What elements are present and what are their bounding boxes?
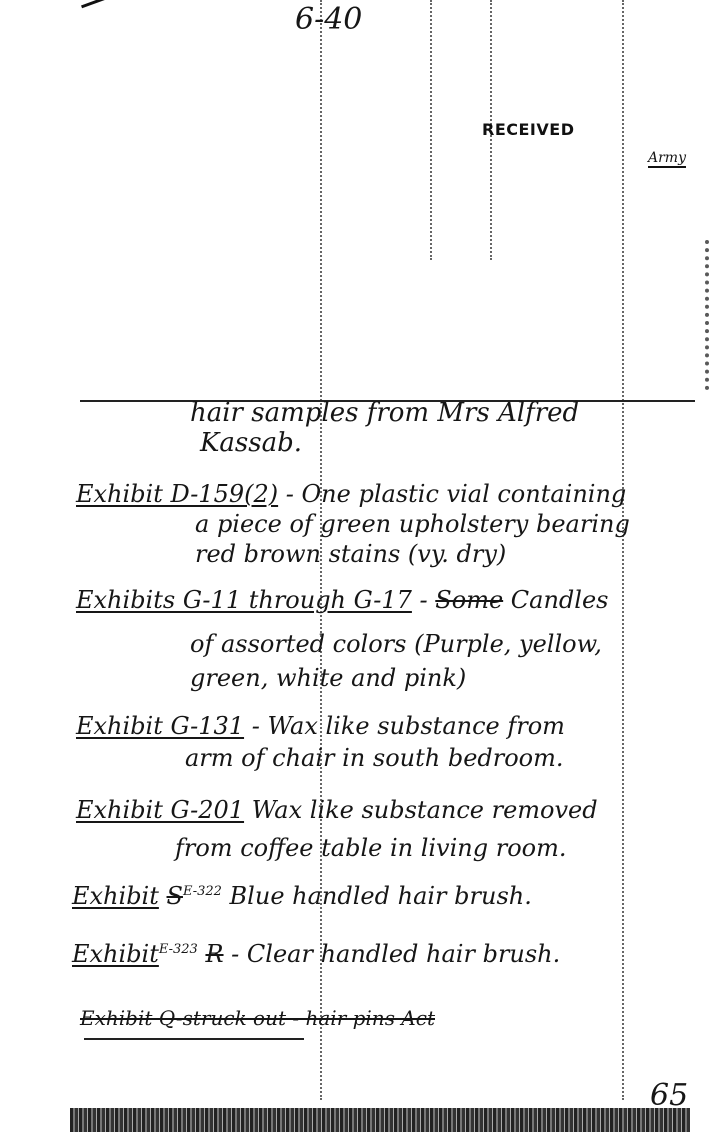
exhibit-label: Exhibits G-11 through G-17 — [76, 586, 412, 614]
exhibit-line: Wax like substance from — [267, 712, 564, 740]
exhibit-line: Wax like substance removed — [252, 796, 598, 824]
page-mark: 6-40 — [295, 2, 362, 37]
exhibit-entry-e322: Exhibit SE-322 Blue handled hair brush. — [72, 882, 532, 910]
exhibit-entry-g11-g17: Exhibits G-11 through G-17 - Some Candle… — [76, 586, 608, 614]
exhibit-line: from coffee table in living room. — [175, 834, 567, 862]
arrow-mark — [81, 0, 113, 16]
exhibit-line: arm of chair in south bedroom. — [185, 744, 564, 772]
scan-fold-line — [622, 0, 624, 1100]
scan-fold-line — [705, 240, 709, 390]
struck-out-line: Exhibit Q-struck out - hair pins Act — [80, 1006, 600, 1030]
exhibit-line: Clear handled hair brush. — [247, 940, 560, 968]
received-stamp: RECEIVED — [482, 120, 574, 139]
exhibit-line: One plastic vial containing — [302, 480, 627, 508]
exhibit-label: Exhibit G-201 — [76, 796, 244, 824]
struck-word: Some — [435, 586, 503, 614]
exhibit-label: Exhibit — [72, 940, 159, 968]
exhibit-line: Blue handled hair brush. — [230, 882, 532, 910]
underline — [84, 1038, 304, 1040]
intro-line-1: hair samples from Mrs Alfred — [190, 398, 579, 428]
exhibit-superscript: E-322 — [183, 884, 222, 899]
exhibit-entry-d159: Exhibit D-159(2) - One plastic vial cont… — [76, 480, 626, 508]
exhibit-label: Exhibit — [72, 882, 159, 910]
exhibit-label: Exhibit D-159(2) — [76, 480, 278, 508]
intro-line-2: Kassab. — [200, 428, 302, 458]
stamp-note: Army — [648, 150, 686, 168]
exhibit-entry-g201: Exhibit G-201 Wax like substance removed — [76, 796, 598, 824]
exhibit-entry-e323: ExhibitE-323 R - Clear handled hair brus… — [72, 940, 560, 968]
struck-label: S — [167, 882, 183, 910]
exhibit-label: Exhibit G-131 — [76, 712, 244, 740]
exhibit-line: green, white and pink) — [190, 664, 466, 692]
exhibit-line: a piece of green upholstery bearing — [195, 510, 630, 538]
exhibit-line: Candles — [511, 586, 609, 614]
exhibit-entry-g131: Exhibit G-131 - Wax like substance from — [76, 712, 565, 740]
exhibit-line: red brown stains (vy. dry) — [195, 540, 506, 568]
scan-fold-line — [430, 0, 432, 260]
struck-label: R — [205, 940, 223, 968]
exhibit-superscript: E-323 — [159, 942, 198, 957]
exhibit-line: of assorted colors (Purple, yellow, — [190, 630, 602, 658]
scan-noise-bar — [70, 1108, 690, 1132]
